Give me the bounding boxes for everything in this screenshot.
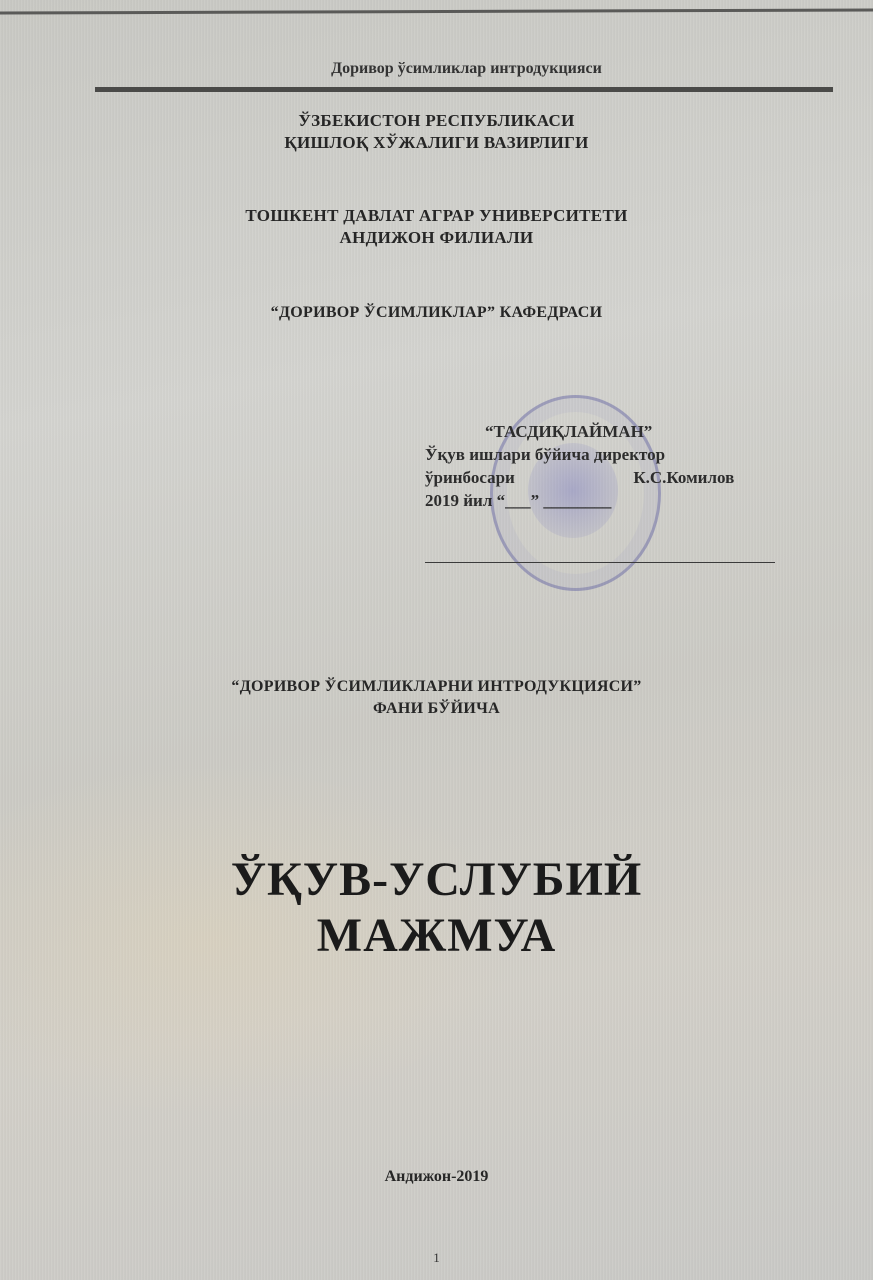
running-header: Доривор ўсимликлар интродукцияси xyxy=(0,60,873,78)
approval-role: ўринбосари xyxy=(425,468,515,487)
approval-line-2: ўринбосари К.С.Комилов xyxy=(425,466,805,489)
top-edge-rule xyxy=(0,8,873,14)
main-title: ЎҚУВ-УСЛУБИЙ МАЖМУА xyxy=(0,852,873,964)
university-block: ТОШКЕНТ ДАВЛАТ АГРАР УНИВЕРСИТЕТИ АНДИЖО… xyxy=(0,205,873,249)
ministry-block: ЎЗБЕКИСТОН РЕСПУБЛИКАСИ ҚИШЛОҚ ХЎЖАЛИГИ … xyxy=(0,110,873,154)
approval-title: “ТАСДИҚЛАЙМАН” xyxy=(425,420,805,443)
main-title-line-1: ЎҚУВ-УСЛУБИЙ xyxy=(0,852,873,908)
signature-rule xyxy=(425,562,775,563)
main-title-line-2: МАЖМУА xyxy=(0,908,873,964)
approval-date: 2019 йил “___” ________ xyxy=(425,489,805,512)
subject-block: “ДОРИВОР ЎСИМЛИКЛАРНИ ИНТРОДУКЦИЯСИ” ФАН… xyxy=(0,676,873,720)
subject-line-1: “ДОРИВОР ЎСИМЛИКЛАРНИ ИНТРОДУКЦИЯСИ” xyxy=(0,676,873,698)
department-title: “ДОРИВОР ЎСИМЛИКЛАР” КАФЕДРАСИ xyxy=(0,302,873,324)
page-number: 1 xyxy=(0,1250,873,1266)
approval-block: “ТАСДИҚЛАЙМАН” Ўқув ишлари бўйича директ… xyxy=(425,420,805,512)
screen-moire-texture xyxy=(0,0,873,1280)
ministry-line-2: ҚИШЛОҚ ХЎЖАЛИГИ ВАЗИРЛИГИ xyxy=(0,132,873,154)
header-rule xyxy=(95,87,833,92)
approval-line-1: Ўқув ишлари бўйича директор xyxy=(425,443,805,466)
approver-name: К.С.Комилов xyxy=(633,468,734,487)
ministry-line-1: ЎЗБЕКИСТОН РЕСПУБЛИКАСИ xyxy=(0,110,873,132)
university-line-1: ТОШКЕНТ ДАВЛАТ АГРАР УНИВЕРСИТЕТИ xyxy=(0,205,873,227)
university-line-2: АНДИЖОН ФИЛИАЛИ xyxy=(0,227,873,249)
city-year: Андижон-2019 xyxy=(0,1168,873,1186)
subject-line-2: ФАНИ БЎЙИЧА xyxy=(0,698,873,720)
